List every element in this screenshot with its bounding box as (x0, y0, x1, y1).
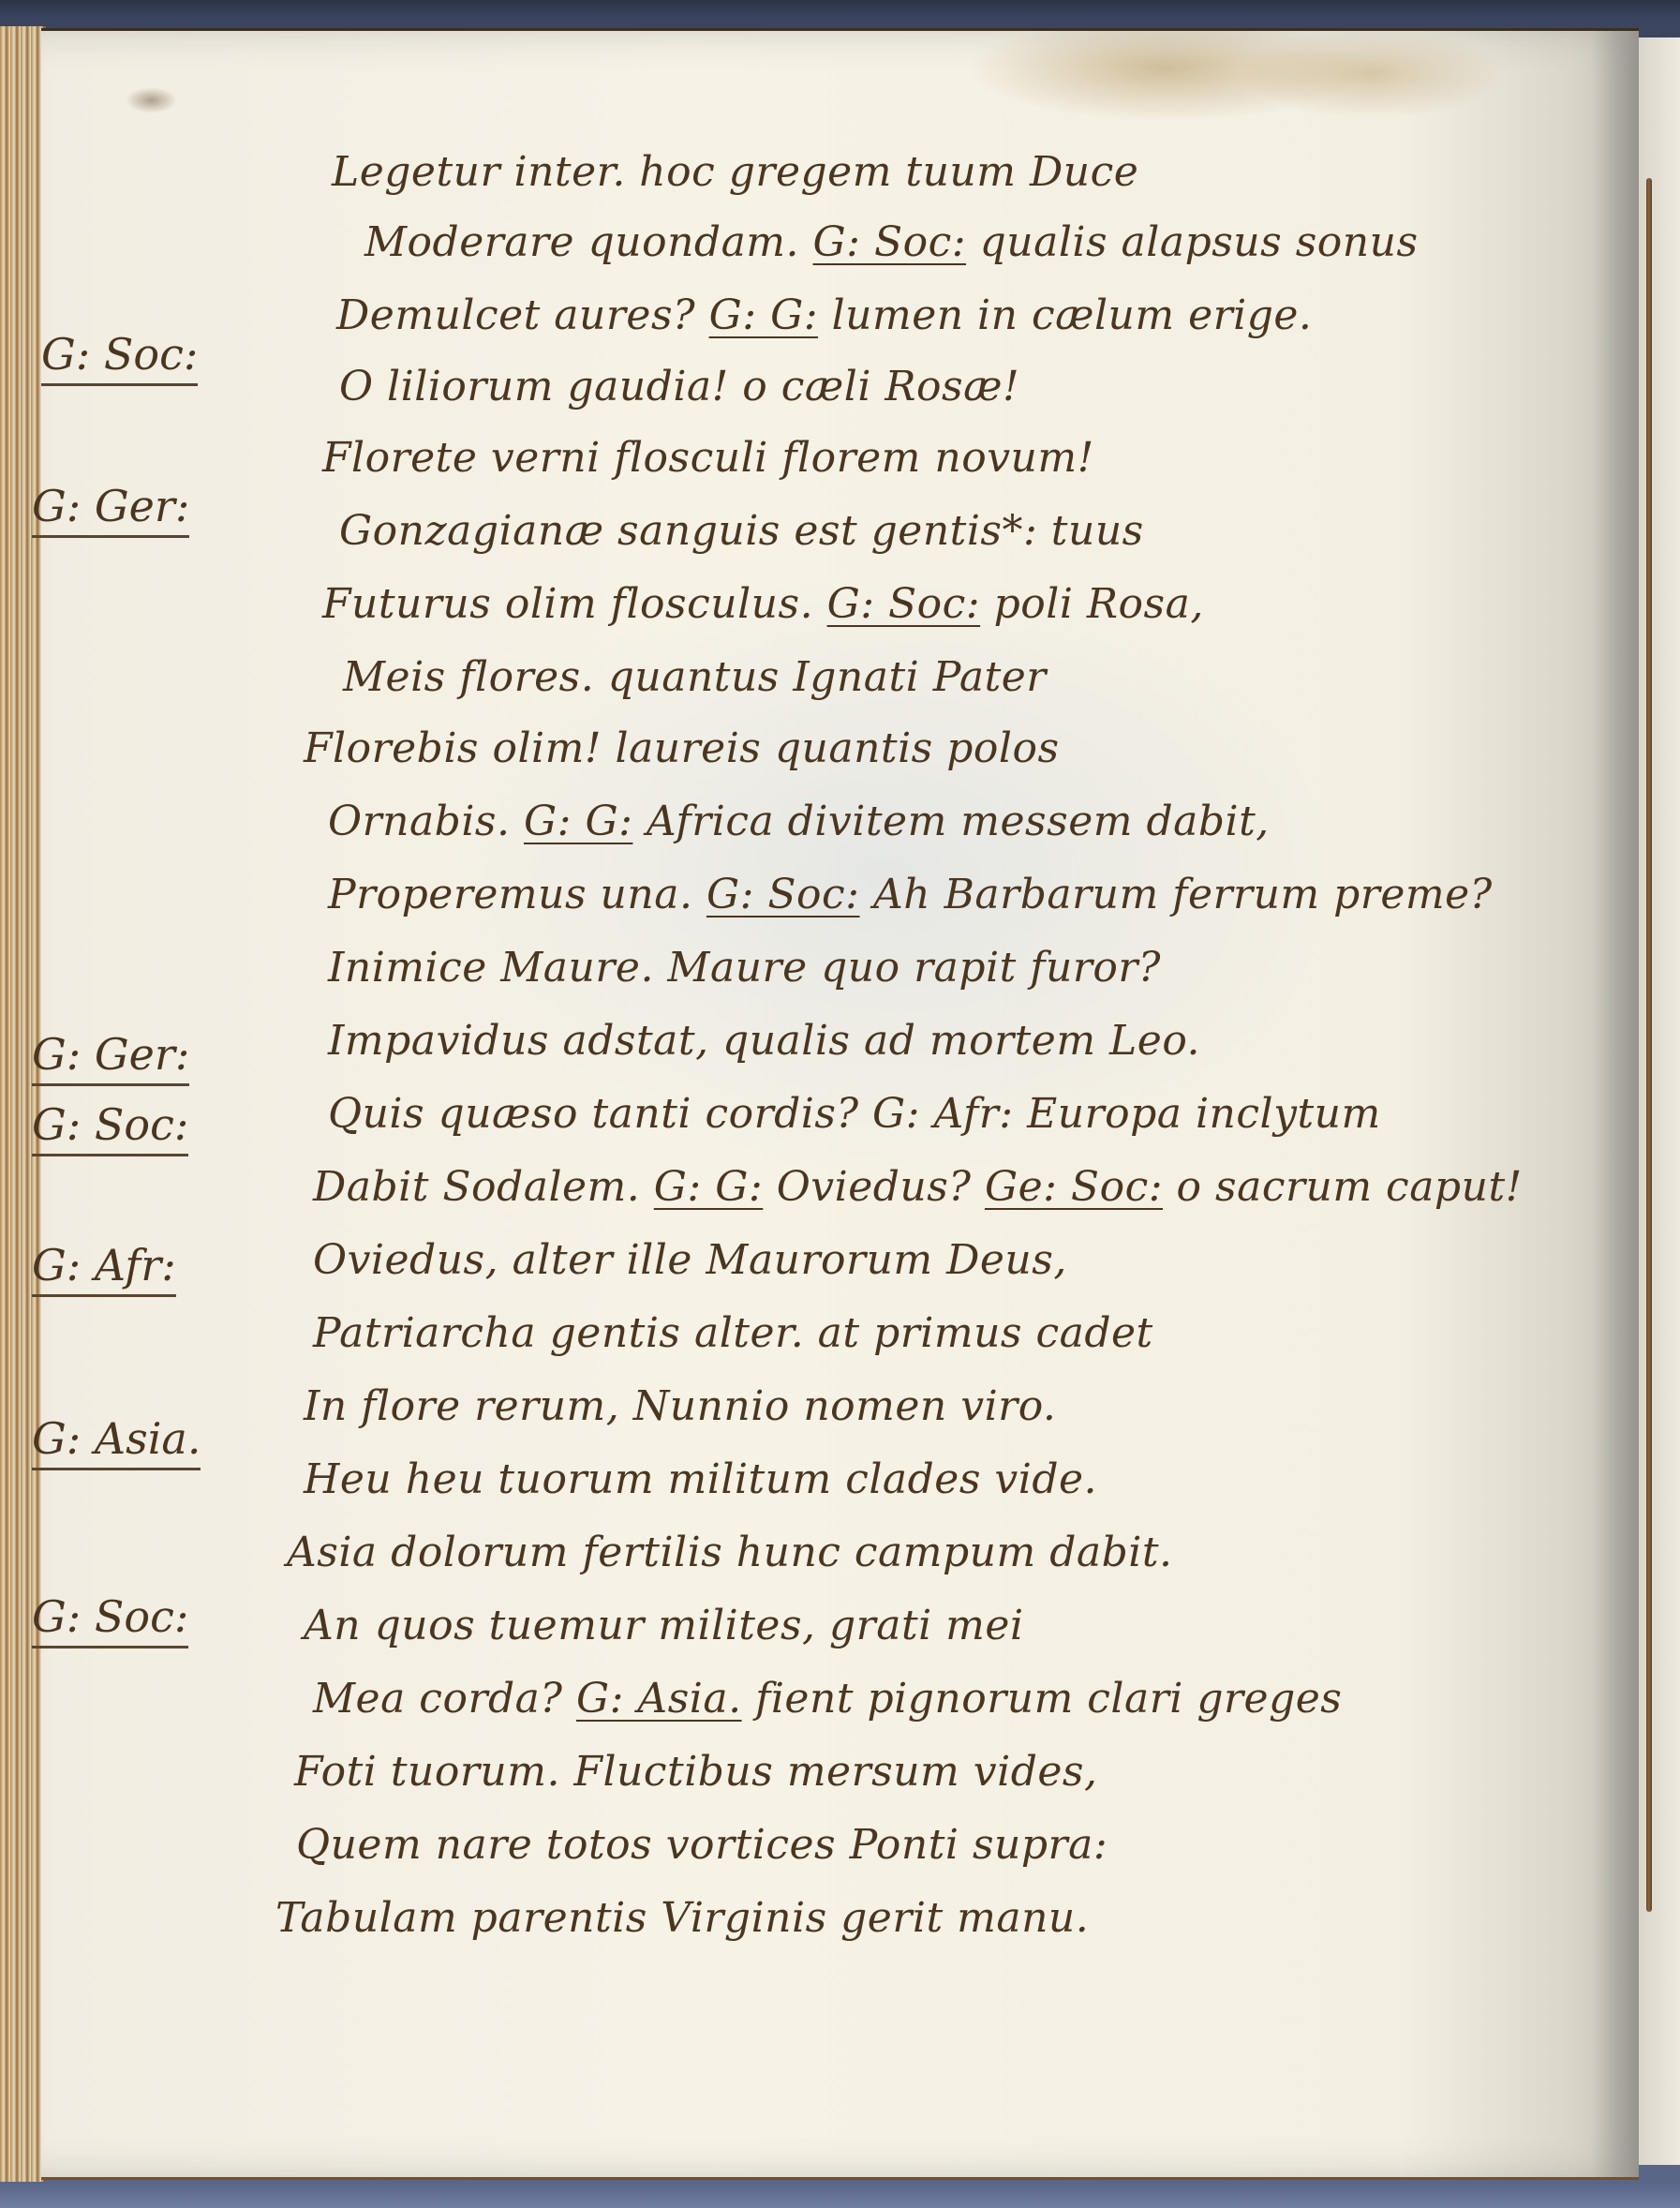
inline-speaker: G: Soc: (813, 218, 967, 266)
verse-line: Moderare quondam. G: Soc: qualis alapsus… (364, 218, 1419, 266)
inline-speaker: G: G: (709, 291, 818, 339)
manuscript-page: G: Soc: G: Ger: G: Ger: G: Soc: G: Afr: … (41, 28, 1639, 2180)
verse-line: Foti tuorum. Fluctibus mersum vides, (294, 1748, 1097, 1796)
verse-line: Florebis olim! laureis quantis polos (304, 724, 1060, 772)
inline-speaker: G: Asia. (576, 1675, 742, 1723)
verse-line: Heu heu tuorum militum clades vide. (304, 1455, 1097, 1503)
verse-line: Gonzagianæ sanguis est gentis*: tuus (339, 507, 1144, 555)
verse-line: Oviedus, alter ille Maurorum Deus, (313, 1236, 1067, 1284)
verse-line: An quos tuemur milites, grati mei (304, 1602, 1024, 1649)
inline-speaker: G: G: (654, 1163, 763, 1211)
verse-line: Asia dolorum fertilis hunc campum dabit. (287, 1529, 1173, 1576)
text-block: G: Soc: G: Ger: G: Ger: G: Soc: G: Afr: … (41, 31, 1639, 2177)
manuscript-scan: G: Soc: G: Ger: G: Ger: G: Soc: G: Afr: … (0, 0, 1680, 2208)
margin-speaker-label: G: Soc: (41, 329, 198, 386)
verse-line: Futurus olim flosculus. G: Soc: poli Ros… (322, 580, 1204, 628)
binding-thread (1646, 178, 1652, 1912)
verse-line: In flore rerum, Nunnio nomen viro. (304, 1382, 1056, 1430)
inline-speaker: G: G: (524, 798, 632, 845)
verse-line: Legetur inter. hoc gregem tuum Duce (332, 148, 1138, 196)
verse-line: Inimice Maure. Maure quo rapit furor? (328, 944, 1161, 992)
inline-speaker: G: Soc: (706, 871, 860, 918)
verse-line: Tabulam parentis Virginis gerit manu. (275, 1894, 1089, 1942)
verse-line: Florete verni flosculi florem novum! (322, 434, 1094, 482)
inline-speaker: G: Soc: (827, 580, 981, 628)
verse-line: Patriarcha gentis alter. at primus cadet (313, 1309, 1153, 1357)
verse-line: Properemus una. G: Soc: Ah Barbarum ferr… (328, 871, 1493, 918)
margin-speaker-label: G: Afr: (32, 1240, 176, 1297)
verse-line: Mea corda? G: Asia. fient pignorum clari… (313, 1675, 1342, 1723)
verse-line: Quis quæso tanti cordis? G: Afr: Europa … (328, 1090, 1381, 1138)
margin-speaker-label: G: Soc: (32, 1099, 188, 1156)
margin-speaker-label: G: Asia. (32, 1413, 201, 1470)
margin-speaker-label: G: Soc: (32, 1591, 188, 1649)
inline-speaker: Ge: Soc: (985, 1163, 1163, 1211)
verse-line: Ornabis. G: G: Africa divitem messem dab… (328, 798, 1270, 845)
next-page-edge (1639, 37, 1680, 2165)
margin-speaker-label: G: Ger: (32, 1029, 189, 1086)
verse-line: Quem nare totos vortices Ponti supra: (296, 1821, 1108, 1869)
margin-speaker-label: G: Ger: (32, 481, 189, 538)
verse-line: Meis flores. quantus Ignati Pater (343, 653, 1047, 701)
verse-line: Dabit Sodalem. G: G: Oviedus? Ge: Soc: o… (313, 1163, 1523, 1211)
verse-line: Demulcet aures? G: G: lumen in cælum eri… (336, 291, 1312, 339)
verse-line: Impavidus adstat, qualis ad mortem Leo. (328, 1017, 1200, 1065)
verse-line: O liliorum gaudia! o cæli Rosæ! (339, 363, 1019, 410)
